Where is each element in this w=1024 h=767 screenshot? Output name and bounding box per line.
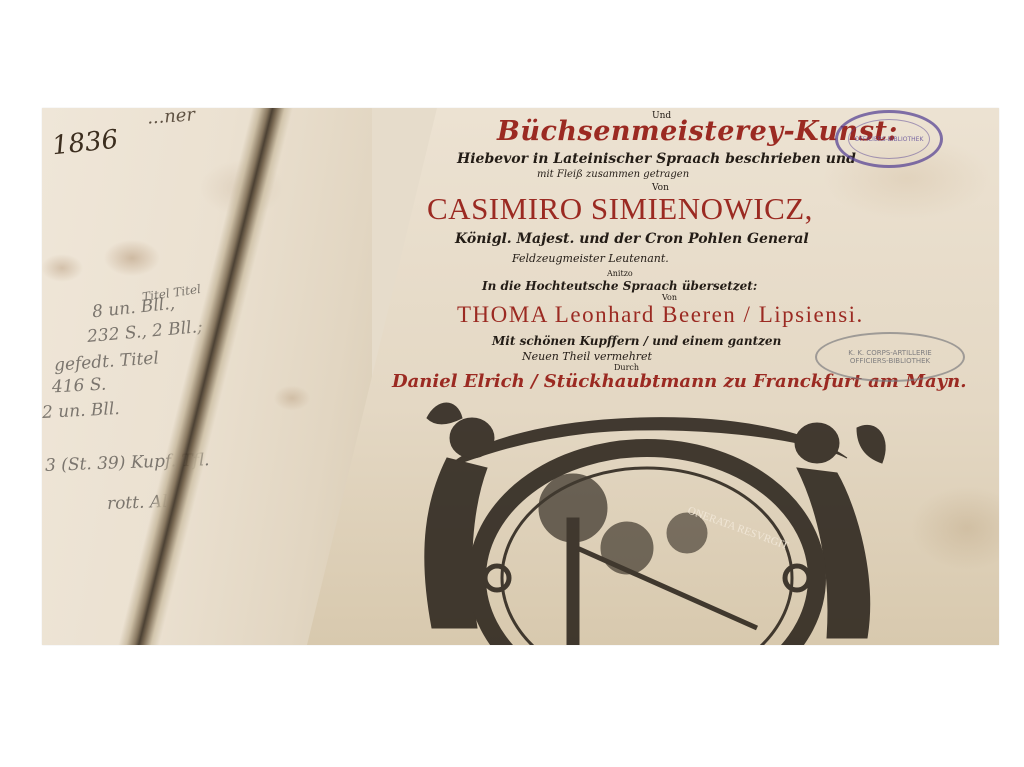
title-translator-name: THOMA Leonhard Beeren / Lipsiensi. — [457, 303, 864, 326]
pencil-note: 8 un. Bll., — [91, 294, 176, 323]
title-line-feldzeugmeister: Feldzeugmeister Leutenant. — [512, 253, 669, 264]
title-page: Und Büchsenmeisterey-Kunst: Hiebevor in … — [307, 108, 999, 645]
title-line-hiebevor: Hiebevor in Lateinischer Spraach beschri… — [457, 152, 856, 166]
ink-year: 1836 — [51, 125, 120, 162]
title-author-name: CASIMIRO SIMIENOWICZ, — [427, 193, 813, 224]
pencil-note: 232 S., 2 Bll.; — [86, 317, 203, 347]
ink-inscription-top: ...ner — [146, 108, 195, 129]
stamp-line-2: OFFICIERS-BIBLIOTHEK — [848, 357, 931, 365]
stamp-text: OFFICIERS-BIBLIOTHEK — [848, 119, 930, 159]
title-line-kupffern: Mit schönen Kupffern / und einem gantzen — [492, 335, 781, 347]
slide: ...ner 1836 Titel Titel 8 un. Bll., 232 … — [0, 0, 1024, 767]
title-line-fleiss: mit Fleiß zusammen getragen — [537, 170, 689, 180]
title-line-von-2: Von — [662, 294, 677, 302]
library-stamp-grey: K. K. CORPS-ARTILLERIE OFFICIERS-BIBLIOT… — [815, 332, 965, 382]
title-line-neuen-theil: Neuen Theil vermehret — [522, 351, 652, 362]
title-line-konigl: Königl. Majest. und der Cron Pohlen Gene… — [455, 232, 809, 246]
woodcut-printers-device: ONERATA RESVRGIT — [387, 398, 907, 645]
title-line-translation: In die Hochteutsche Spraach übersetzet: — [482, 280, 757, 292]
pencil-note: 2 un. Bll. — [42, 399, 120, 423]
title-line-anitzo: Anitzo — [607, 270, 633, 278]
pencil-note: 416 S. — [52, 375, 107, 398]
library-stamp-violet: OFFICIERS-BIBLIOTHEK — [835, 110, 943, 168]
stamp-line-1: K. K. CORPS-ARTILLERIE — [848, 349, 931, 357]
book-photograph: ...ner 1836 Titel Titel 8 un. Bll., 232 … — [42, 108, 999, 645]
pencil-note: gefedt. Titel — [53, 348, 159, 375]
